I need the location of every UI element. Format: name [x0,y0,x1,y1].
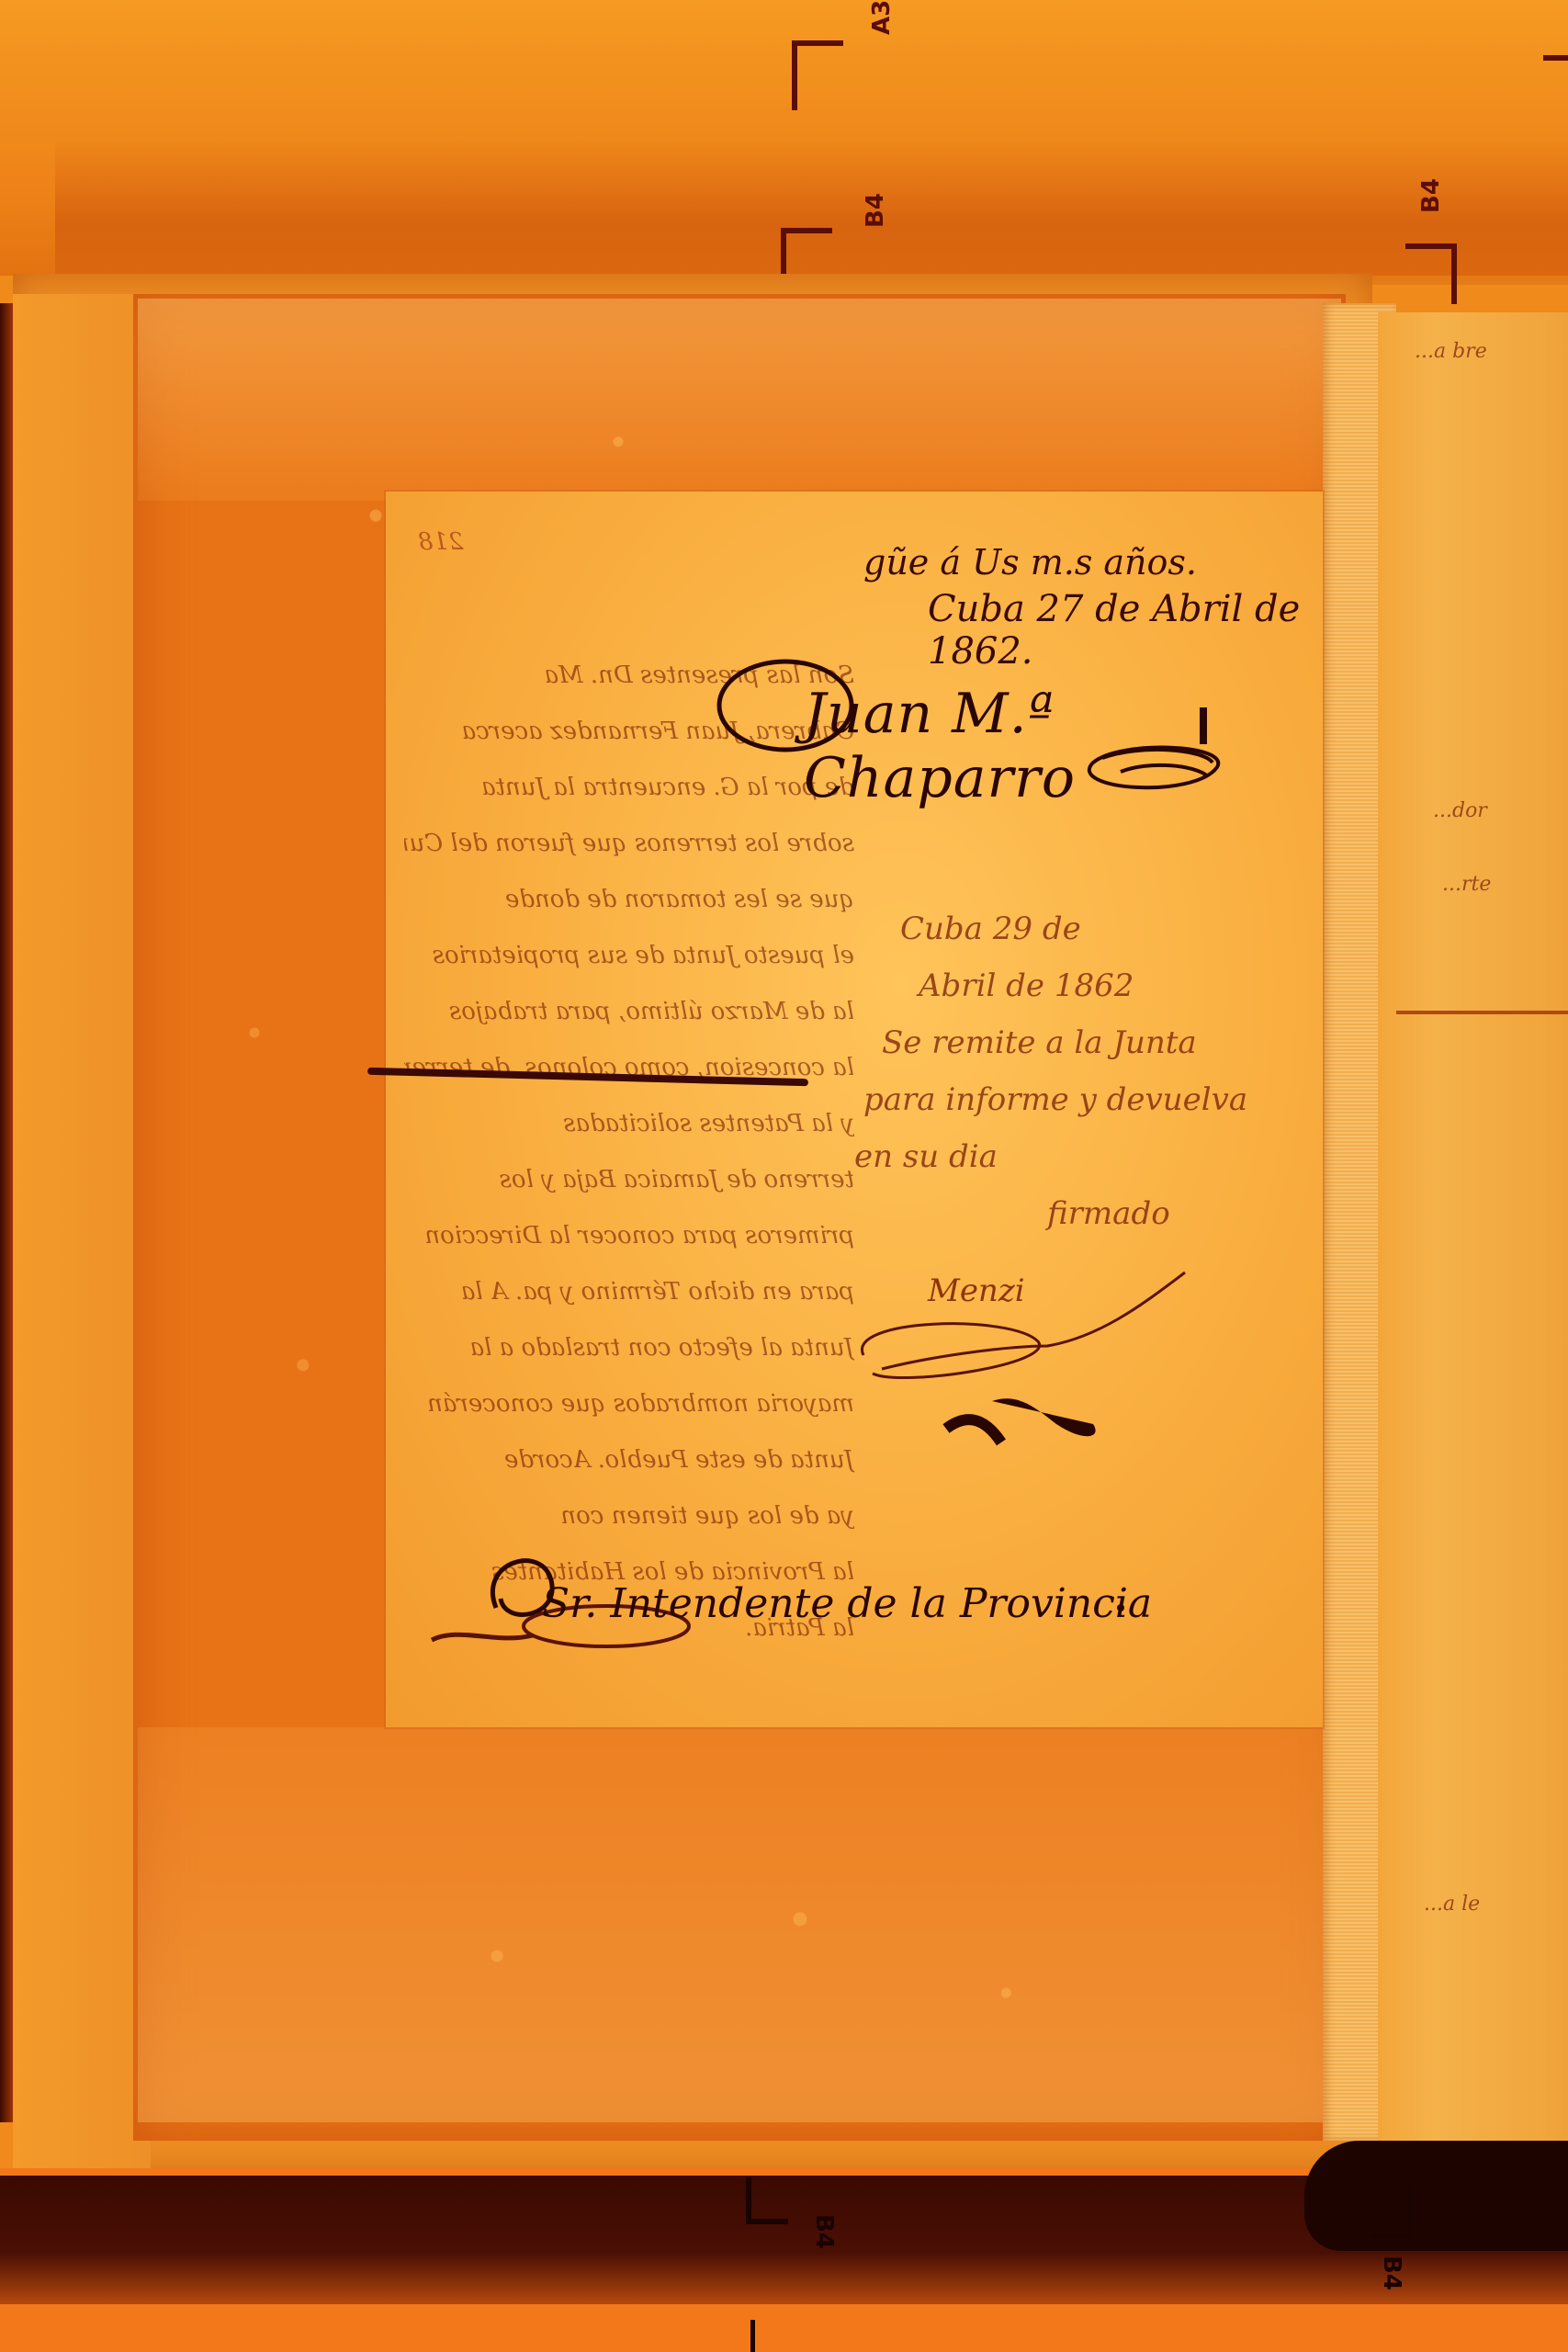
ruler-tick-bottom [750,2320,755,2352]
protective-sleeve-bottom [138,1727,1341,2122]
bleed-line: el puesto Junta de sus propietarios [404,928,854,984]
margin-line: para informe y devuelva [845,1071,1295,1128]
signature: Juan M.ª Chaparro [716,652,1231,799]
ruler-label-bottom-b4-right: B4 [1378,2256,1405,2290]
addressee-text: Sr. Intendente de la Provincia [542,1580,1152,1627]
adjacent-page-fold [1396,1011,1568,1014]
adjacent-page-fragment: ...a bre [1415,340,1487,363]
adjacent-page-fragment: ...dor [1433,799,1487,822]
bleed-line: terreno de Jamaica Baja y los [404,1152,854,1208]
ruler-marker-corner-right [1405,243,1457,304]
margin-line: Cuba 29 de [845,900,1295,957]
bleed-line: primeros para conocer la Direccion [404,1208,854,1264]
bleed-line: mayoria nombrados que conocerán [404,1376,854,1432]
bottom-shadow-right [1304,2141,1568,2251]
letter-page: 218 gũe á Us m.s años. Cuba 27 de Abril … [386,492,1323,1727]
margin-line: en su dia [845,1128,1295,1185]
mount-left-strip [13,294,151,2168]
margin-line: Se remite a la Junta [845,1014,1295,1071]
ruler-label-b4: B4 [862,193,889,228]
ruler-label-bottom-b4: B4 [810,2214,838,2249]
bleed-line: ya de los que tienen con [404,1488,854,1544]
rubric-flourish-icon [845,1227,1231,1465]
ruler-marker-corner-a3-right [1543,55,1568,61]
bleed-line: la de Marzo último, para trabajos [404,984,854,1040]
page-number: 218 [418,528,464,556]
closing-formula: gũe á Us m.s años. [863,542,1197,582]
ruler-marker-bottom-left [746,2177,788,2224]
adjacent-page-fragment: ...a le [1424,1893,1480,1916]
bleed-line: para en dicho Término y pa. A la [404,1264,854,1320]
bleed-line: que se les tomaron de donde [404,872,854,928]
ruler-label-a3: A3 [868,0,896,35]
margin-line: Abril de 1862 [845,957,1295,1014]
bleed-line: Junta al efecto con traslado a la [404,1320,854,1376]
signature-name: Juan M.ª Chaparro [804,682,1231,810]
bleed-line: Junta de este Pueblo. Acorde [404,1432,854,1488]
protective-sleeve-top [138,299,1341,501]
ruler-marker-bottom-right [1371,2182,1413,2238]
adjacent-page-fragment: ...rte [1442,873,1491,896]
addressee: Sr. Intendente de la Provincia [423,1543,1157,1654]
adjacent-page: ...a bre ...dor ...rte ...a le [1378,312,1568,2141]
bleed-line: sobre los terrenos que fueron del Curso [404,816,854,872]
ruler-marker-corner [792,40,843,110]
ruler-label-b4-right: B4 [1417,178,1445,213]
bleed-through-text: Son las presentes Dn. Ma Cabrera, Juan F… [404,648,854,1668]
bleed-line: la concesion, como colonos, de terrenos [404,1040,854,1096]
bleed-line: y la Patentes solicitadas [404,1096,854,1152]
marginal-rubric: Menzi [845,1227,1231,1465]
